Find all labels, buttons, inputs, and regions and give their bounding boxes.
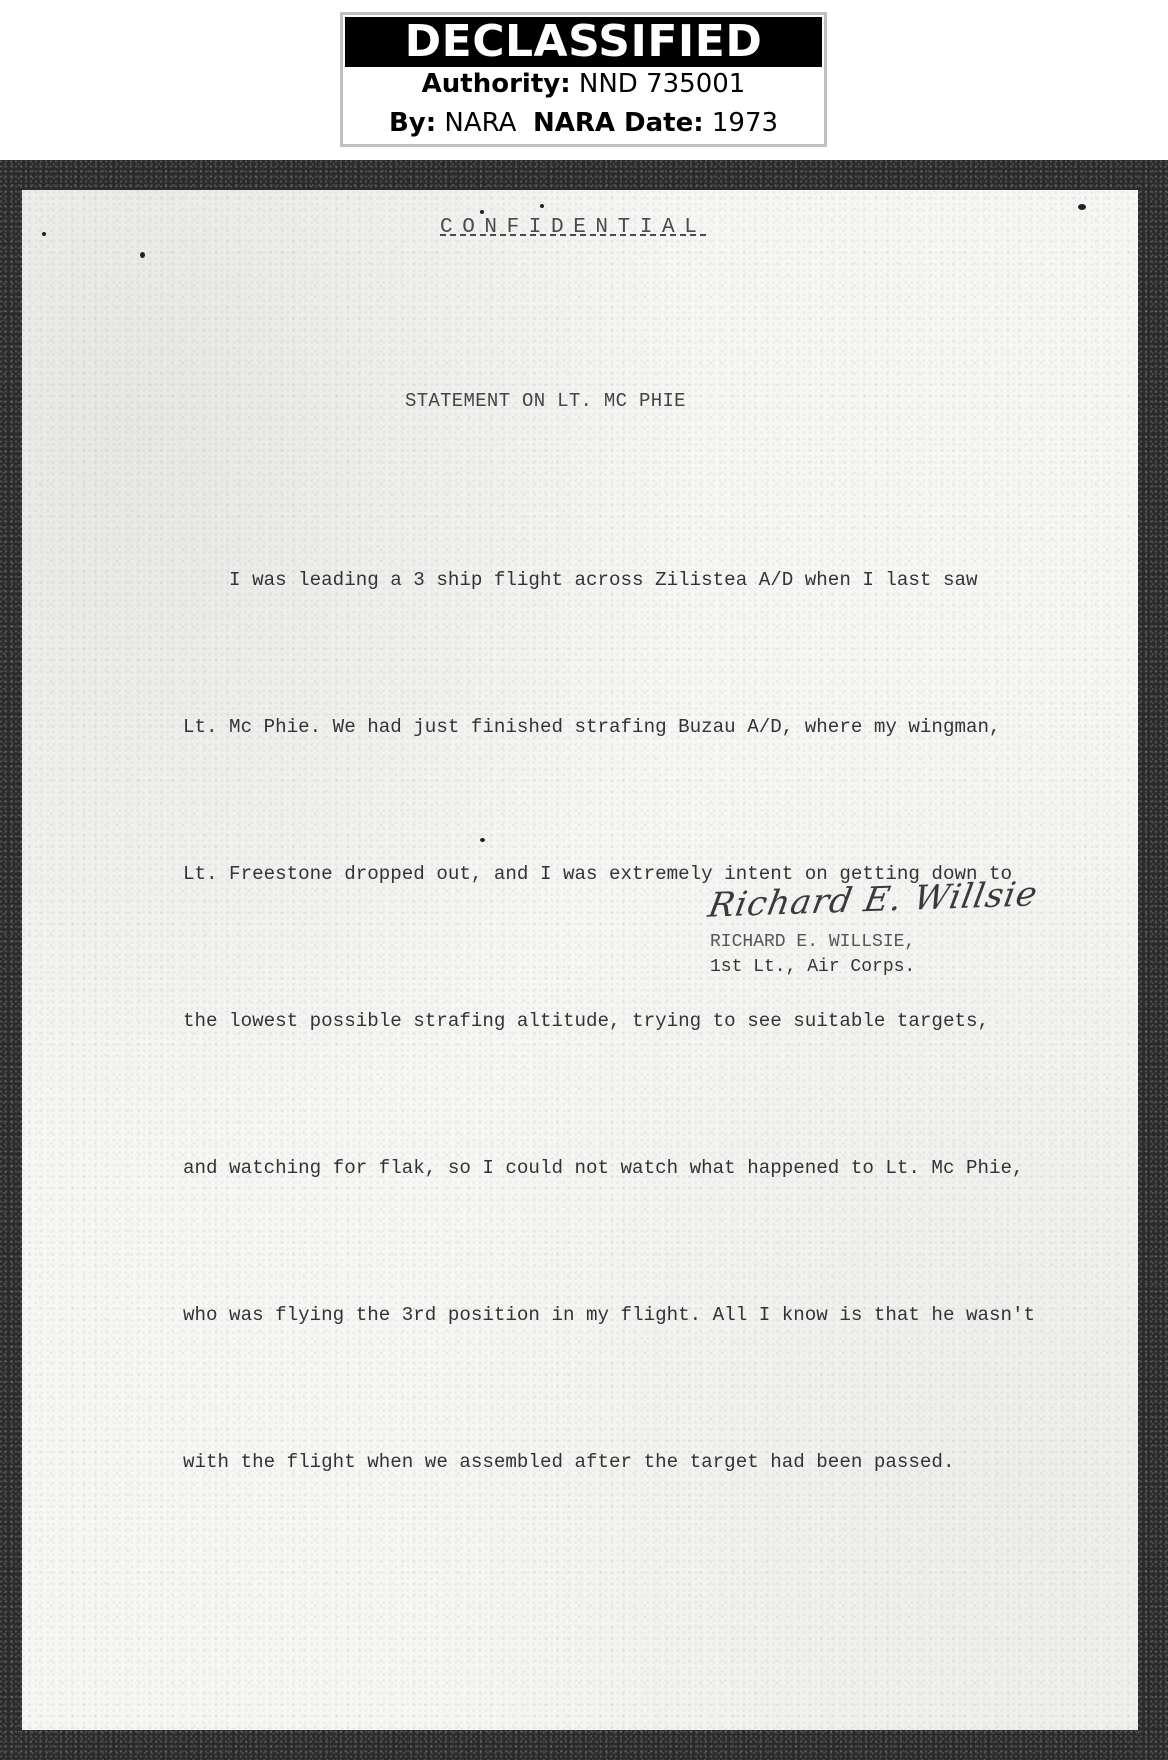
stamp-date-value: 1973	[712, 108, 778, 138]
stamp-authority-value: NND 735001	[579, 69, 745, 99]
scan-speck	[42, 232, 46, 236]
stamp-authority-line: Authority: NND 735001	[343, 69, 824, 99]
stamp-by-label: By:	[389, 108, 436, 138]
scan-speck	[1078, 204, 1086, 210]
scan-speck	[140, 252, 145, 258]
classification-marking: CONFIDENTIAL	[440, 216, 706, 239]
body-line: and watching for flak, so I could not wa…	[183, 1144, 1035, 1193]
stamp-title: DECLASSIFIED	[345, 17, 822, 67]
signatory-name: RICHARD E. WILLSIE,	[710, 932, 915, 952]
body-line: the lowest possible strafing altitude, t…	[183, 997, 1035, 1046]
scan-speck	[540, 204, 544, 208]
signatory-rank: 1st Lt., Air Corps.	[710, 957, 915, 977]
scan-speck	[480, 210, 484, 214]
body-line: with the flight when we assembled after …	[183, 1438, 1035, 1487]
stamp-by-line: By: NARA NARA Date: 1973	[343, 108, 824, 138]
document-title: STATEMENT ON LT. MC PHIE	[405, 390, 686, 412]
body-line: Lt. Mc Phie. We had just finished strafi…	[183, 703, 1035, 752]
stamp-authority-label: Authority:	[422, 69, 571, 99]
document-paper: CONFIDENTIAL STATEMENT ON LT. MC PHIE I …	[22, 190, 1138, 1730]
body-line: who was flying the 3rd position in my fl…	[183, 1291, 1035, 1340]
declassified-stamp: DECLASSIFIED Authority: NND 735001 By: N…	[340, 12, 827, 147]
stamp-date-label: NARA Date:	[533, 108, 704, 138]
scanned-page-background: CONFIDENTIAL STATEMENT ON LT. MC PHIE I …	[0, 160, 1168, 1760]
statement-body: I was leading a 3 ship flight across Zil…	[183, 458, 1035, 1585]
stamp-by-value: NARA	[444, 108, 516, 138]
body-line: I was leading a 3 ship flight across Zil…	[183, 556, 1035, 605]
scan-speck	[480, 838, 485, 842]
